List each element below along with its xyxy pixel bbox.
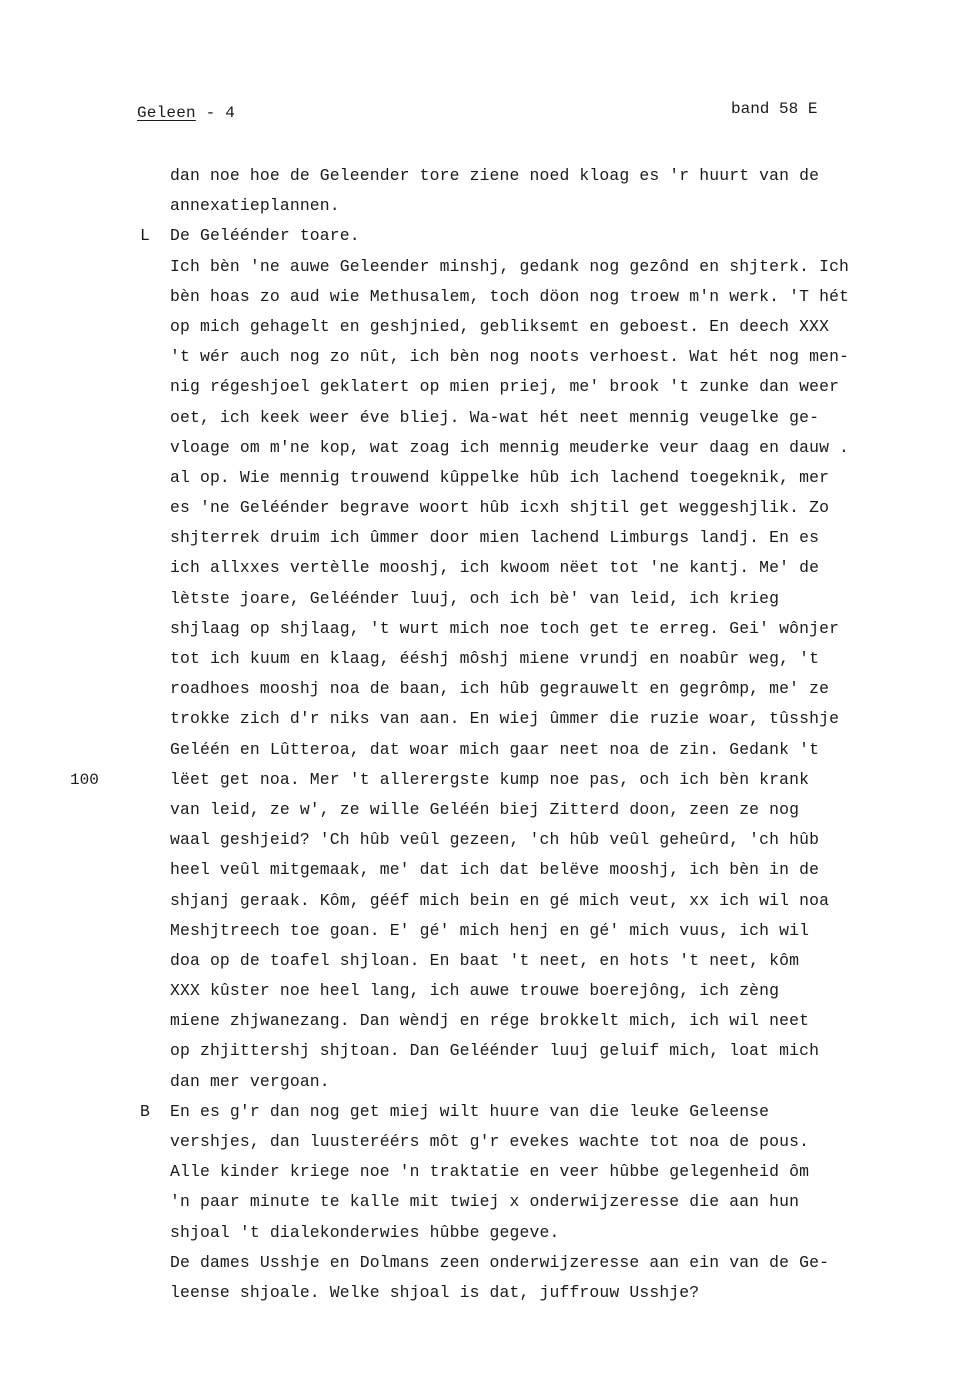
line-text: En es g'r dan nog get miej wilt huure va… [170, 1102, 769, 1121]
speaker-marker: B [140, 1097, 150, 1127]
line-text: waal geshjeid? 'Ch hûb veûl gezeen, 'ch … [170, 830, 819, 849]
transcript-line: lëet get noa. Mer 't allerergste kump no… [170, 765, 870, 795]
line-text: nig régeshjoel geklatert op mien priej, … [170, 377, 839, 396]
line-text: miene zhjwanezang. Dan wèndj en rége bro… [170, 1011, 809, 1030]
line-text: shjlaag op shjlaag, 't wurt mich noe toc… [170, 619, 839, 638]
transcript-line: XXX kûster noe heel lang, ich auwe trouw… [170, 976, 870, 1006]
line-text: op zhjittershj shjtoan. Dan Geléénder lu… [170, 1041, 819, 1060]
transcript-line: dan noe hoe de Geleender tore ziene noed… [170, 161, 870, 191]
line-text: shjoal 't dialekonderwies hûbbe gegeve. [170, 1223, 559, 1242]
transcript-line: heel veûl mitgemaak, me' dat ich dat bel… [170, 855, 870, 885]
transcript-line: es 'ne Geléénder begrave woort hûb icxh … [170, 493, 870, 523]
transcript-line: miene zhjwanezang. Dan wèndj en rége bro… [170, 1006, 870, 1036]
line-text: XXX kûster noe heel lang, ich auwe trouw… [170, 981, 779, 1000]
transcript-line: Alle kinder kriege noe 'n traktatie en v… [170, 1157, 870, 1187]
line-text: oet, ich keek weer éve bliej. Wa-wat hét… [170, 408, 819, 427]
transcript-body: dan noe hoe de Geleender tore ziene noed… [170, 161, 870, 1308]
transcript-line: tot ich kuum en klaag, ééshj môshj miene… [170, 644, 870, 674]
transcript-line: van leid, ze w', ze wille Geléén biej Zi… [170, 795, 870, 825]
transcript-line: LDe Geléénder toare. [170, 221, 870, 251]
transcript-line: waal geshjeid? 'Ch hûb veûl gezeen, 'ch … [170, 825, 870, 855]
line-text: De Geléénder toare. [170, 226, 360, 245]
line-text: lëet get noa. Mer 't allerergste kump no… [170, 770, 809, 789]
line-text: lètste joare, Geléénder luuj, och ich bè… [170, 589, 779, 608]
line-text: trokke zich d'r niks van aan. En wiej ûm… [170, 709, 839, 728]
transcript-line: 't wér auch nog zo nût, ich bèn nog noot… [170, 342, 870, 372]
transcript-line: dan mer vergoan. [170, 1067, 870, 1097]
typewritten-transcript-page: Geleen - 4 band 58 E 100 dan noe hoe de … [0, 0, 979, 1388]
transcript-line: bèn hoas zo aud wie Methusalem, toch döo… [170, 282, 870, 312]
transcript-line: BEn es g'r dan nog get miej wilt huure v… [170, 1097, 870, 1127]
line-text: Alle kinder kriege noe 'n traktatie en v… [170, 1162, 809, 1181]
transcript-line: lètste joare, Geléénder luuj, och ich bè… [170, 584, 870, 614]
line-text: doa op de toafel shjloan. En baat 't nee… [170, 951, 799, 970]
transcript-line: shjterrek druim ich ûmmer door mien lach… [170, 523, 870, 553]
line-text: Geléén en Lûtteroa, dat woar mich gaar n… [170, 740, 819, 759]
line-text: De dames Usshje en Dolmans zeen onderwij… [170, 1253, 829, 1272]
transcript-line: nig régeshjoel geklatert op mien priej, … [170, 372, 870, 402]
page-number: - 4 [196, 104, 235, 122]
transcript-line: doa op de toafel shjloan. En baat 't nee… [170, 946, 870, 976]
speaker-marker: L [140, 221, 150, 251]
transcript-line: roadhoes mooshj noa de baan, ich hûb geg… [170, 674, 870, 704]
transcript-line: al op. Wie mennig trouwend kûppelke hûb … [170, 463, 870, 493]
line-text: dan mer vergoan. [170, 1072, 330, 1091]
tape-reference: band 58 E [731, 100, 817, 118]
line-text: roadhoes mooshj noa de baan, ich hûb geg… [170, 679, 829, 698]
transcript-line: shjoal 't dialekonderwies hûbbe gegeve. [170, 1218, 870, 1248]
line-text: heel veûl mitgemaak, me' dat ich dat bel… [170, 860, 819, 879]
line-text: shjterrek druim ich ûmmer door mien lach… [170, 528, 819, 547]
transcript-line: Ich bèn 'ne auwe Geleender minshj, gedan… [170, 252, 870, 282]
transcript-line: De dames Usshje en Dolmans zeen onderwij… [170, 1248, 870, 1278]
line-text: tot ich kuum en klaag, ééshj môshj miene… [170, 649, 819, 668]
line-text: bèn hoas zo aud wie Methusalem, toch döo… [170, 287, 849, 306]
transcript-line: 'n paar minute te kalle mit twiej x onde… [170, 1187, 870, 1217]
line-text: annexatieplannen. [170, 196, 340, 215]
transcript-line: shjanj geraak. Kôm, gééf mich bein en gé… [170, 886, 870, 916]
transcript-line: leense shjoale. Welke shjoal is dat, juf… [170, 1278, 870, 1308]
line-text: op mich gehagelt en geshjnied, gebliksem… [170, 317, 829, 336]
transcript-line: op mich gehagelt en geshjnied, gebliksem… [170, 312, 870, 342]
place-name: Geleen [137, 104, 196, 122]
transcript-line: ich allxxes vertèlle mooshj, ich kwoom n… [170, 553, 870, 583]
line-text: es 'ne Geléénder begrave woort hûb icxh … [170, 498, 829, 517]
line-count-marker: 100 [70, 771, 99, 789]
transcript-line: Geléén en Lûtteroa, dat woar mich gaar n… [170, 735, 870, 765]
line-text: al op. Wie mennig trouwend kûppelke hûb … [170, 468, 829, 487]
transcript-line: annexatieplannen. [170, 191, 870, 221]
line-text: van leid, ze w', ze wille Geléén biej Zi… [170, 800, 799, 819]
line-text: 't wér auch nog zo nût, ich bèn nog noot… [170, 347, 849, 366]
line-text: leense shjoale. Welke shjoal is dat, juf… [170, 1283, 699, 1302]
transcript-line: op zhjittershj shjtoan. Dan Geléénder lu… [170, 1036, 870, 1066]
line-text: vershjes, dan luusteréérs môt g'r evekes… [170, 1132, 809, 1151]
line-text: shjanj geraak. Kôm, gééf mich bein en gé… [170, 891, 829, 910]
line-text: ich allxxes vertèlle mooshj, ich kwoom n… [170, 558, 819, 577]
transcript-line: vloage om m'ne kop, wat zoag ich mennig … [170, 433, 870, 463]
line-text: dan noe hoe de Geleender tore ziene noed… [170, 166, 819, 185]
transcript-line: oet, ich keek weer éve bliej. Wa-wat hét… [170, 403, 870, 433]
transcript-line: shjlaag op shjlaag, 't wurt mich noe toc… [170, 614, 870, 644]
transcript-line: vershjes, dan luusteréérs môt g'r evekes… [170, 1127, 870, 1157]
transcript-line: Meshjtreech toe goan. E' gé' mich henj e… [170, 916, 870, 946]
line-text: Meshjtreech toe goan. E' gé' mich henj e… [170, 921, 809, 940]
transcript-line: trokke zich d'r niks van aan. En wiej ûm… [170, 704, 870, 734]
page-header-title: Geleen - 4 [137, 104, 235, 122]
line-text: vloage om m'ne kop, wat zoag ich mennig … [170, 438, 849, 457]
line-text: 'n paar minute te kalle mit twiej x onde… [170, 1192, 799, 1211]
line-text: Ich bèn 'ne auwe Geleender minshj, gedan… [170, 257, 849, 276]
